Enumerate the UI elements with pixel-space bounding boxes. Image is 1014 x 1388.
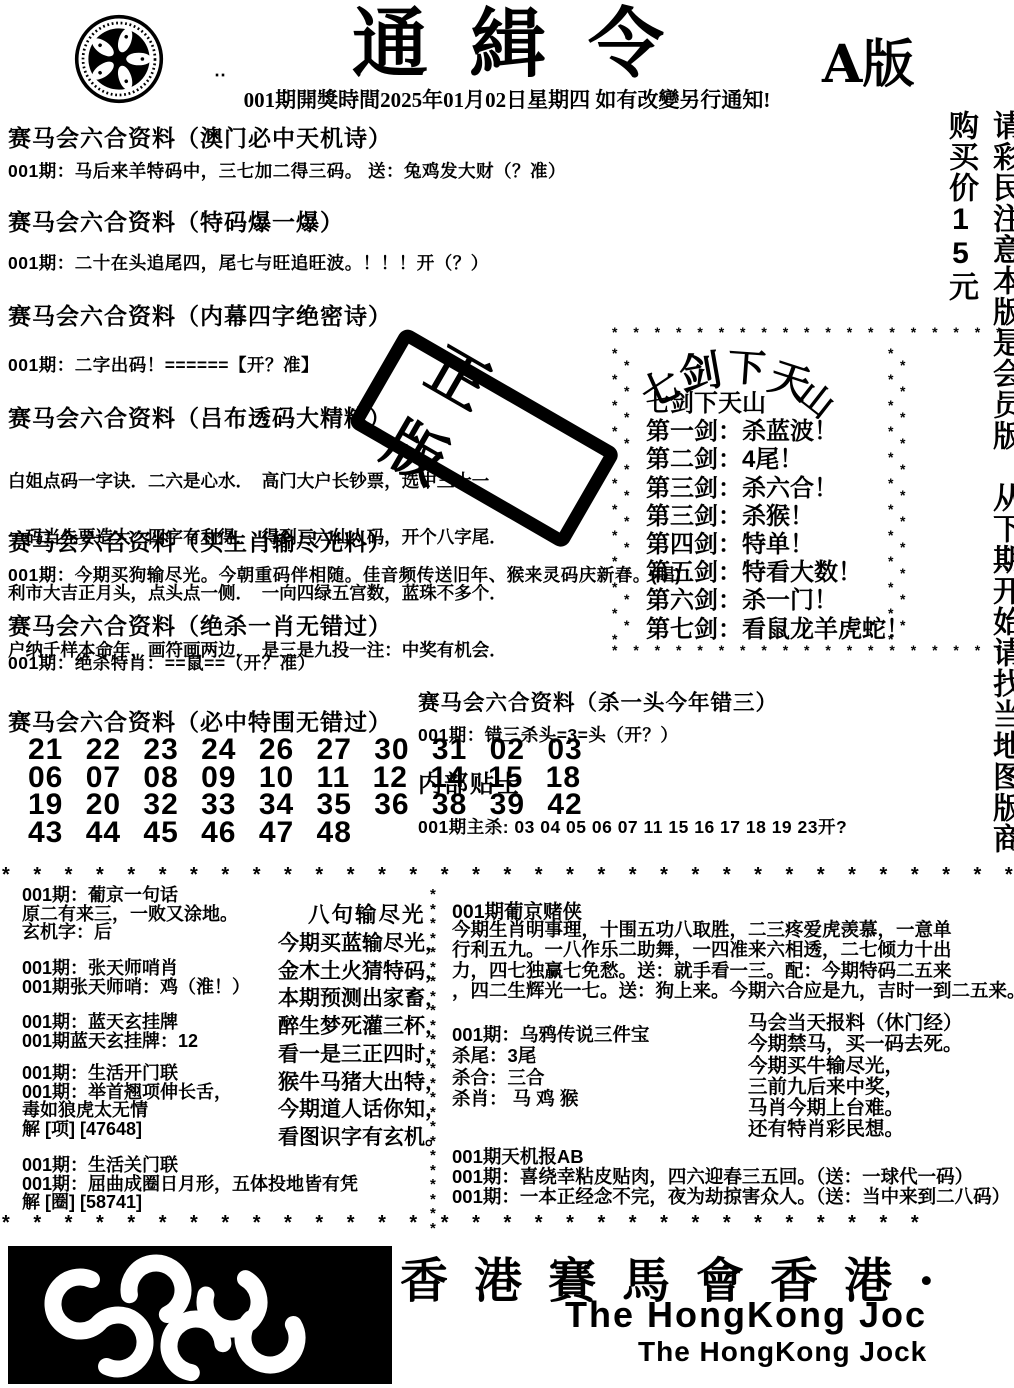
- box-border-top: * * * * * * * * * * * * * * * * * * * * …: [612, 324, 1014, 340]
- hkjc-chain-logo-icon: [8, 1246, 392, 1384]
- member-notice-vertical: 请彩民注意本版是会员版，从下期开始请找当地图版商购买价15元: [938, 110, 1014, 870]
- block-line: 001期：生活关门联: [22, 1156, 358, 1175]
- pujing-line: 今期生肖明事理，十围五功八取胜，二三疼爱虎羡慕，一意单: [452, 920, 1014, 940]
- life-opening-couplet-block: 001期：生活开门联 001期：举首翘项伸长舌， 毒如狼虎太无情 解 [项] […: [22, 1064, 232, 1138]
- pujing-one-liner-block: 001期：葡京一句话 原二有来三，一败又涂地。 玄机字：后: [22, 886, 238, 942]
- sword-line: 第一剑：杀蓝波！: [646, 418, 910, 446]
- divider-asterisk-column: * * * * * * * * * * * * * * * * * * * * …: [430, 888, 436, 1236]
- stray-print-dots: ‥: [214, 60, 229, 81]
- crow-line: 杀尾：3尾: [452, 1045, 649, 1066]
- block-line: 001期：张天师哨肖: [22, 959, 250, 978]
- block-line: 001期蓝天玄挂牌：12: [22, 1032, 198, 1051]
- footer-english-line2: The HongKong Jock: [638, 1336, 927, 1368]
- daily-line: 三前九后来中奖，: [748, 1077, 963, 1098]
- seven-swords-box: * * * * * * * * * * * * * * * * * * * * …: [610, 324, 918, 658]
- masthead-title: 通緝令: [352, 4, 706, 84]
- daily-tipoff-block: 马会当天报料（休门经） 今期禁马，买一码去死。 今期买牛输尽光， 三前九后来中奖…: [748, 1013, 963, 1141]
- eight-verse-lines: 今期买蓝输尽光， 金木土火猜特码， 本期预测出家畜， 醉生梦死灌三杯， 看一是三…: [278, 930, 446, 1152]
- verse-line: 醉生梦死灌三杯，: [278, 1013, 446, 1041]
- daily-line: 还有特肖彩民想。: [748, 1119, 963, 1140]
- block-line: 001期：生活开门联: [22, 1064, 232, 1083]
- divider-asterisk-row-bottom: * * * * * * * * * * * * * * * * * * * * …: [2, 1212, 928, 1235]
- pujing-line: 行利五九。一八作乐二助舞，一四准来六相透，二七倾力十出: [452, 940, 1014, 960]
- section-line-macau-poem: 001期：马后来羊特码中，三七加二得三码。 送：兔鸡发大财（？准）: [8, 158, 566, 183]
- crow-line: 001期：乌鸦传说三件宝: [452, 1024, 649, 1045]
- daily-line: 马肖今期上台难。: [748, 1098, 963, 1119]
- daily-line: 马会当天报料（休门经）: [748, 1013, 963, 1034]
- box-border-left-2: * * * * * * * * * * *: [624, 352, 629, 638]
- crow-line: 杀肖： 马 鸡 猴: [452, 1088, 649, 1109]
- verse-line: 看图识字有玄机。: [278, 1124, 446, 1152]
- tianji-line: 001期天机报AB: [452, 1147, 1010, 1167]
- tianji-line: 001期：喜绕幸粘皮贴肉，四六迎春三五回。（送：一球代一码）: [452, 1167, 1010, 1187]
- zhangtianshi-block: 001期：张天师哨肖 001期张天师哨：鸡（淮！）: [22, 959, 250, 996]
- block-line: 001期：蓝天玄挂牌: [22, 1013, 198, 1032]
- section-line-kill-zodiac: 001期：绝杀特肖：==鼠==（开？准）: [8, 650, 316, 675]
- tianji-line: 001期：一本正经念不完，夜为劫掠害众人。（送：当中来到二八码）: [452, 1187, 1010, 1207]
- daily-line: 今期禁马，买一码去死。: [748, 1034, 963, 1055]
- section-title-lvbu: 赛马会六合资料（吕布透码大精粹）: [8, 400, 392, 433]
- section-line-secret-poem: 001期：二字出码！======【开？准】: [8, 352, 319, 377]
- sword-line: 七剑下天山: [646, 390, 910, 418]
- section-title-macau-poem: 赛马会六合资料（澳门必中天机诗）: [8, 120, 392, 153]
- sword-line: 第六剑：杀一门！: [646, 587, 910, 615]
- verse-line: 今期道人话你知，: [278, 1096, 446, 1124]
- pujing-line: 力，四七独赢七免愁。送：就手看一三。配：今期特码二五来: [452, 961, 1014, 981]
- footer-english-line1: The HongKong Joc: [565, 1294, 927, 1336]
- verse-line: 今期买蓝输尽光，: [278, 930, 446, 958]
- box-border-left: * * * * * * * * * * * *: [612, 340, 617, 652]
- daily-line: 今期买牛输尽光，: [748, 1056, 963, 1077]
- sword-line: 第七剑：看鼠龙羊虎蛇！: [646, 616, 910, 644]
- crow-legend-block: 001期：乌鸦传说三件宝 杀尾：3尾 杀合：三合 杀肖： 马 鸡 猴: [452, 1024, 649, 1109]
- verse-line: 本期预测出家畜，: [278, 985, 446, 1013]
- poem-line: 利市大吉正月头，点头点一侧． 一向四绿五宫数，蓝珠不多个．: [8, 584, 507, 603]
- section-line-zodiac: 001期：今期买狗输尽光。今朝重码伴相随。佳音频传送旧年、猴来灵码庆新春。(唱): [8, 562, 681, 587]
- block-line: 001期：举首翘项伸长舌，: [22, 1083, 232, 1102]
- section-title-bomb: 赛马会六合资料（特码爆一爆）: [8, 204, 344, 237]
- verse-line: 看一是三正四时，: [278, 1041, 446, 1069]
- block-line: 毒如狼虎太无情: [22, 1101, 232, 1120]
- verse-line: 金木土火猜特码，: [278, 958, 446, 986]
- block-line: 001期：屈曲成圈日月形，五体投地皆有凭: [22, 1175, 358, 1194]
- pujing-line: ，四二生辉光一七。送：狗上来。今期六合应是九，吉时一到二五来。: [452, 981, 1014, 1001]
- box-border-bottom: * * * * * * * * * * * * * * * * * * * * …: [612, 642, 1014, 658]
- section-line-bomb: 001期：二十在头追尾四，尾七与旺追旺波。！！！开（？）: [8, 250, 489, 275]
- block-line: 玄机字：后: [22, 923, 238, 942]
- life-closing-couplet-block: 001期：生活关门联 001期：屈曲成圈日月形，五体投地皆有凭 解 [圈] [5…: [22, 1156, 358, 1212]
- section-title-secret-poem: 赛马会六合资料（内幕四字绝密诗）: [8, 298, 392, 331]
- eight-verse-title: 八句输尽光: [308, 898, 426, 929]
- block-line: 001期：葡京一句话: [22, 886, 238, 905]
- sword-line: 第五剑：特看大数！: [646, 559, 910, 587]
- sword-line: 第二剑：4尾！: [646, 446, 910, 474]
- tianji-report-block: 001期天机报AB 001期：喜绕幸粘皮贴肉，四六迎春三五回。（送：一球代一码）…: [452, 1147, 1010, 1207]
- section-line-kill-head: 001期：错三杀头=3=头（开？）: [418, 722, 678, 747]
- sword-line: 第三剑：杀六合！: [646, 475, 910, 503]
- section-title-zodiac: 赛马会六合资料（买生肖输尽光料）: [8, 524, 392, 557]
- verse-line: 猴牛马猪大出特，: [278, 1069, 446, 1097]
- issue-date-line: 001期開獎時間2025年01月02日星期四 如有改變另行通知!: [0, 84, 1014, 114]
- lottery-tip-sheet-page: ‥ 通緝令 A版 001期開獎時間2025年01月02日星期四 如有改變另行通知…: [0, 0, 1014, 1388]
- insider-tips-title: 内部贴士: [418, 764, 522, 799]
- block-line: 001期张天师哨：鸡（淮！）: [22, 978, 250, 997]
- block-line: 原二有来三，一败又涂地。: [22, 905, 238, 924]
- lantian-plaque-block: 001期：蓝天玄挂牌 001期蓝天玄挂牌：12: [22, 1013, 198, 1050]
- block-line: 解 [圈] [58741]: [22, 1193, 358, 1212]
- section-title-kill-head: 赛马会六合资料（杀一头今年错三）: [418, 686, 778, 717]
- seven-swords-list: 七剑下天山 第一剑：杀蓝波！ 第二剑：4尾！ 第三剑：杀六合！ 第三剑：杀猴！ …: [646, 390, 910, 644]
- section-title-kill-zodiac: 赛马会六合资料（绝杀一肖无错过）: [8, 608, 392, 641]
- pujing-gambler-lines: 今期生肖明事理，十围五功八取胜，二三疼爱虎羡慕，一意单 行利五九。一八作乐二助舞…: [452, 920, 1014, 1002]
- crow-line: 杀合：三合: [452, 1067, 649, 1088]
- divider-asterisk-row: * * * * * * * * * * * * * * * * * * * * …: [2, 864, 1014, 887]
- main-kill-line: 001期主杀: 03 04 05 06 07 11 15 16 17 18 19…: [418, 814, 847, 839]
- sword-line: 第四剑：特单！: [646, 531, 910, 559]
- sword-line: 第三剑：杀猴！: [646, 503, 910, 531]
- block-line: 解 [项] [47648]: [22, 1120, 232, 1139]
